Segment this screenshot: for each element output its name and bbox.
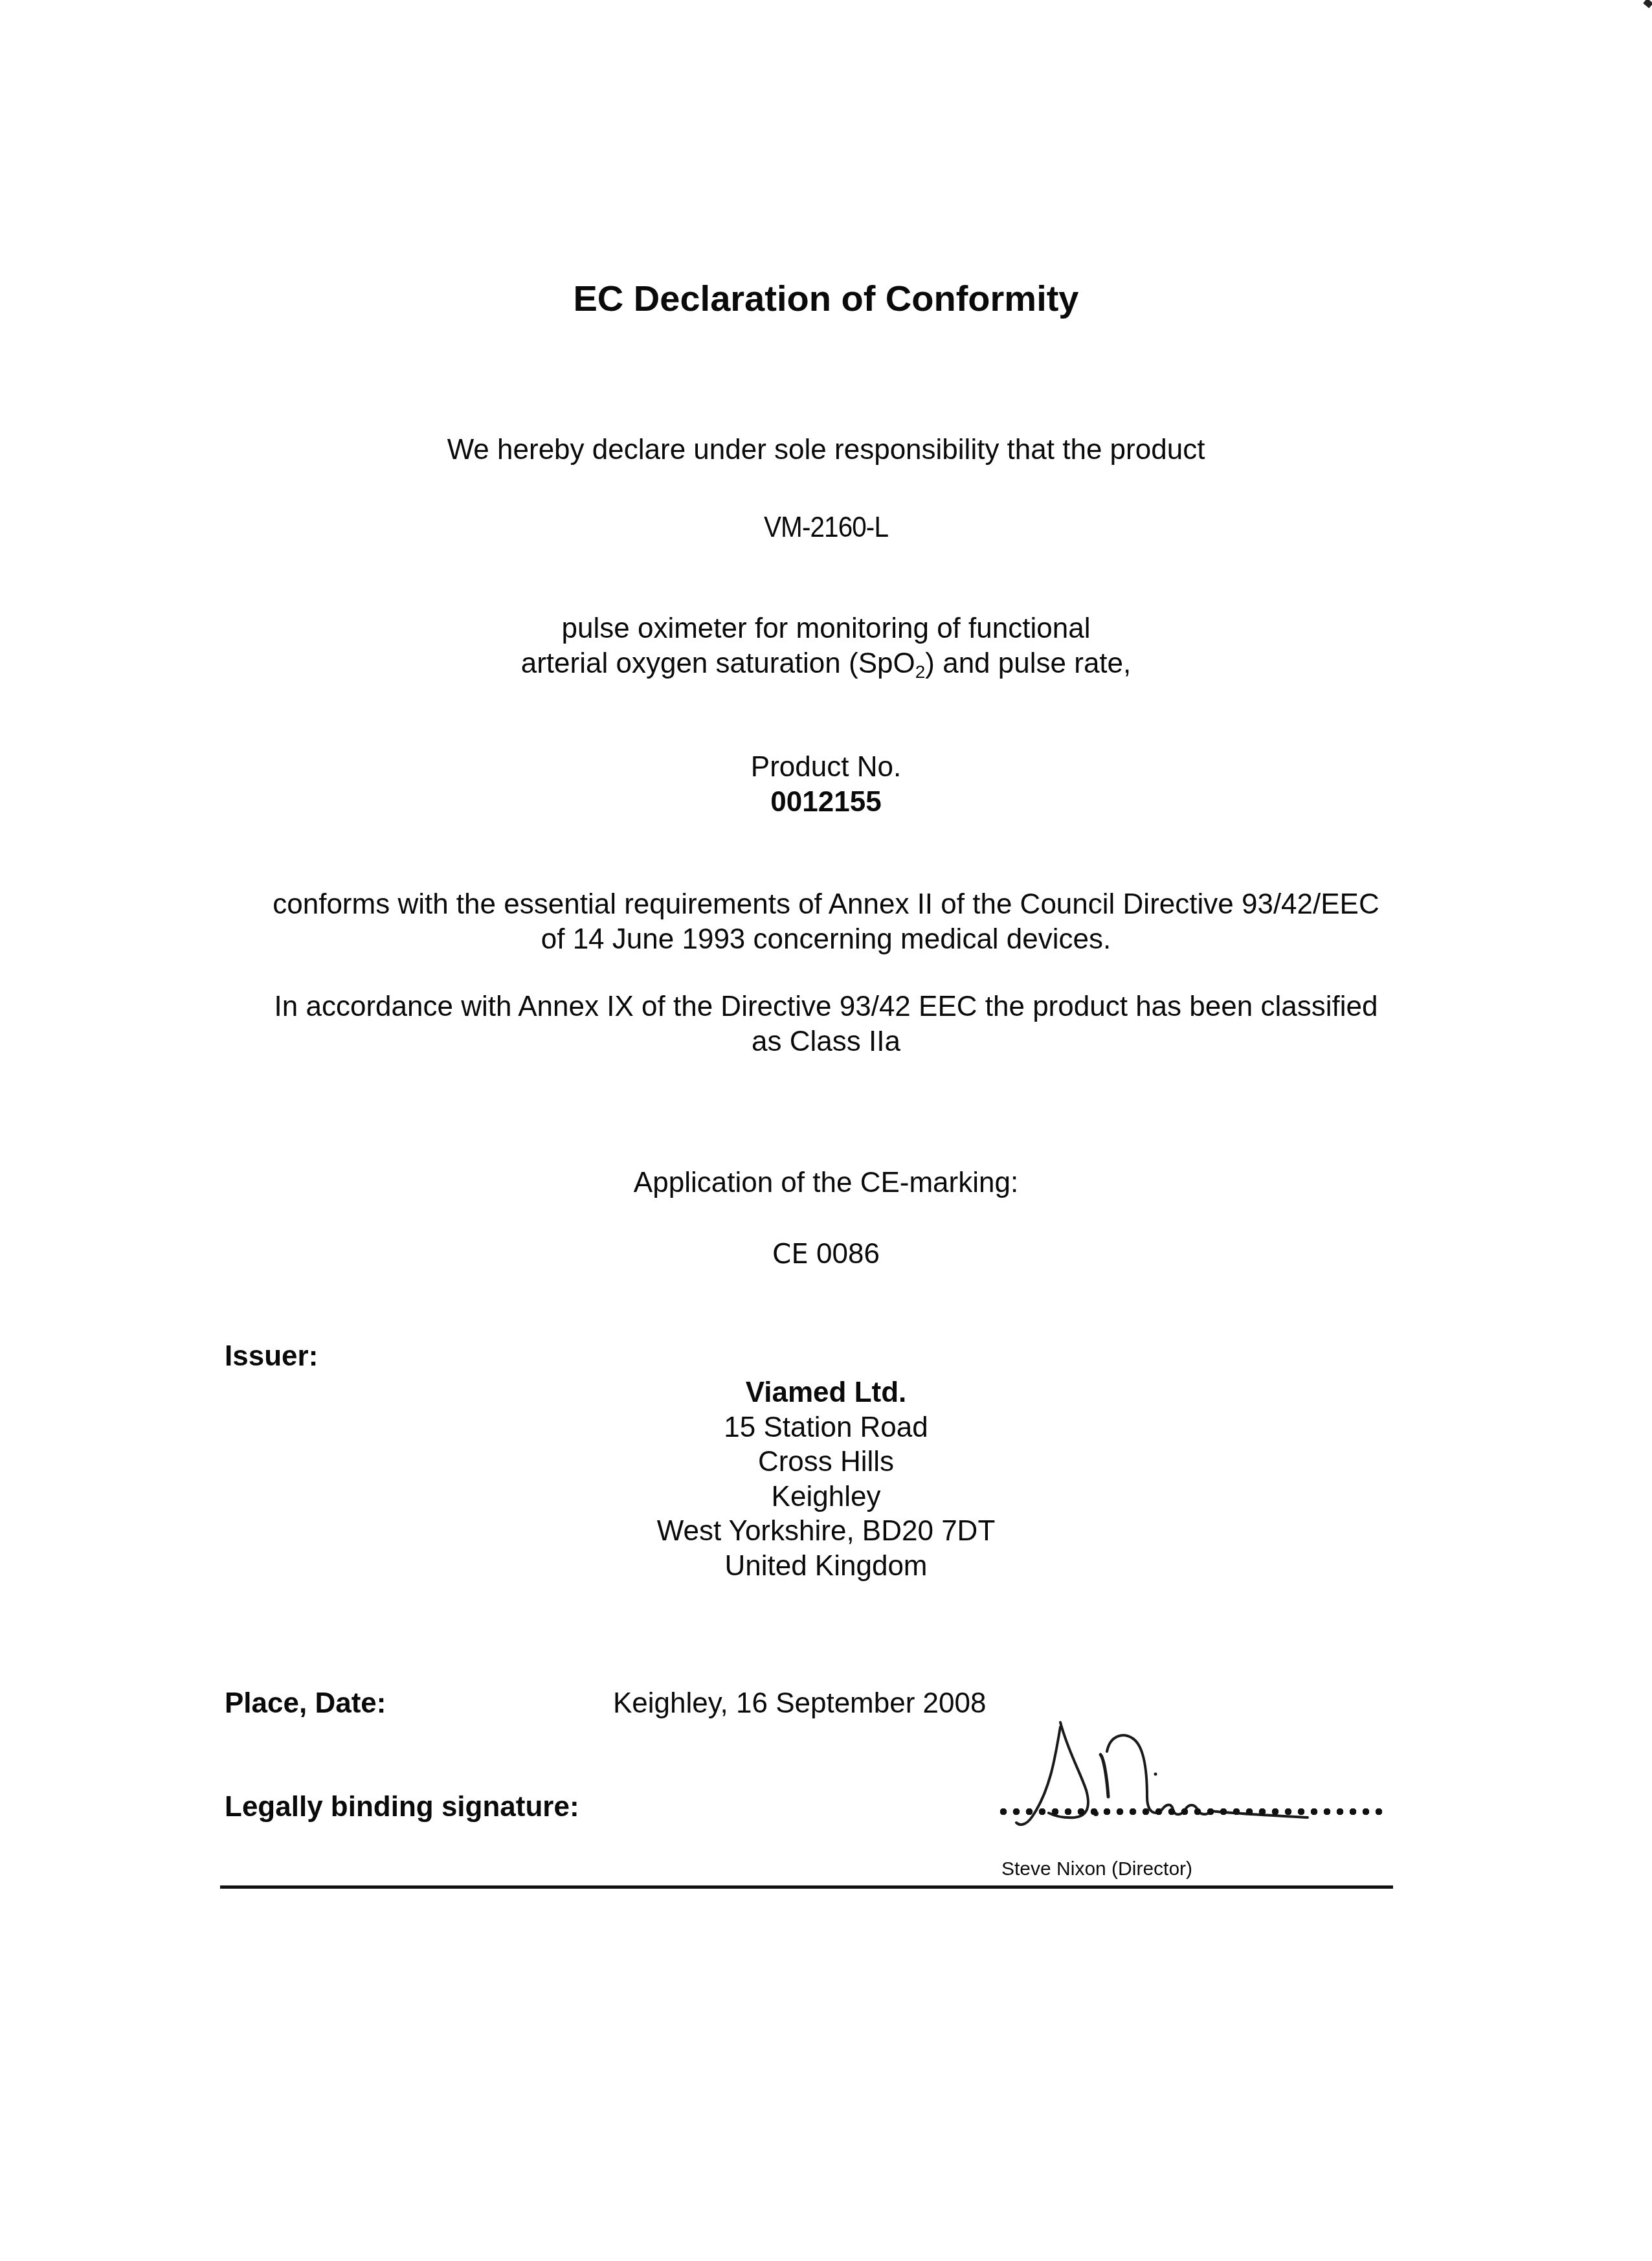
address-line: West Yorkshire, BD20 7DT	[0, 1514, 1652, 1549]
ce-marking: CE 0086	[0, 1237, 1652, 1272]
classification-statement: In accordance with Annex IX of the Direc…	[0, 989, 1652, 1059]
address-line: Cross Hills	[0, 1445, 1652, 1479]
description-line-1: pulse oximeter for monitoring of functio…	[0, 611, 1652, 646]
place-date-value: Keighley, 16 September 2008	[613, 1686, 986, 1721]
ce-mark-icon: CE	[772, 1238, 809, 1270]
issuer-address: Viamed Ltd. 15 Station Road Cross Hills …	[0, 1375, 1652, 1583]
conformity-statement: conforms with the essential requirements…	[0, 887, 1652, 957]
issuer-label: Issuer:	[225, 1340, 318, 1373]
address-line: Keighley	[0, 1479, 1652, 1514]
ce-marking-label: Application of the CE-marking:	[0, 1165, 1652, 1200]
product-number: 0012155	[0, 785, 1652, 820]
signature-line	[997, 1808, 1385, 1815]
address-line: United Kingdom	[0, 1549, 1652, 1584]
product-number-block: Product No. 0012155	[0, 750, 1652, 820]
product-description: pulse oximeter for monitoring of functio…	[0, 611, 1652, 681]
description-line-2: arterial oxygen saturation (SpO2) and pu…	[0, 646, 1652, 681]
address-line: 15 Station Road	[0, 1410, 1652, 1445]
signature-label: Legally binding signature:	[225, 1791, 579, 1823]
bottom-rule	[220, 1885, 1393, 1889]
product-model: VM-2160-L	[66, 512, 1586, 544]
declaration-intro: We hereby declare under sole responsibil…	[0, 433, 1652, 467]
notified-body-number: 0086	[816, 1238, 880, 1270]
classification-line-2: as Class IIa	[0, 1024, 1652, 1059]
scan-artifact	[1643, 0, 1652, 8]
product-number-label: Product No.	[0, 750, 1652, 785]
conformity-line-2: of 14 June 1993 concerning medical devic…	[0, 922, 1652, 957]
conformity-line-1: conforms with the essential requirements…	[0, 887, 1652, 922]
classification-line-1: In accordance with Annex IX of the Direc…	[0, 989, 1652, 1024]
signer-name: Steve Nixon (Director)	[1001, 1858, 1192, 1880]
issuer-company: Viamed Ltd.	[0, 1375, 1652, 1410]
place-date-label: Place, Date:	[225, 1687, 386, 1720]
document-title: EC Declaration of Conformity	[0, 277, 1652, 319]
